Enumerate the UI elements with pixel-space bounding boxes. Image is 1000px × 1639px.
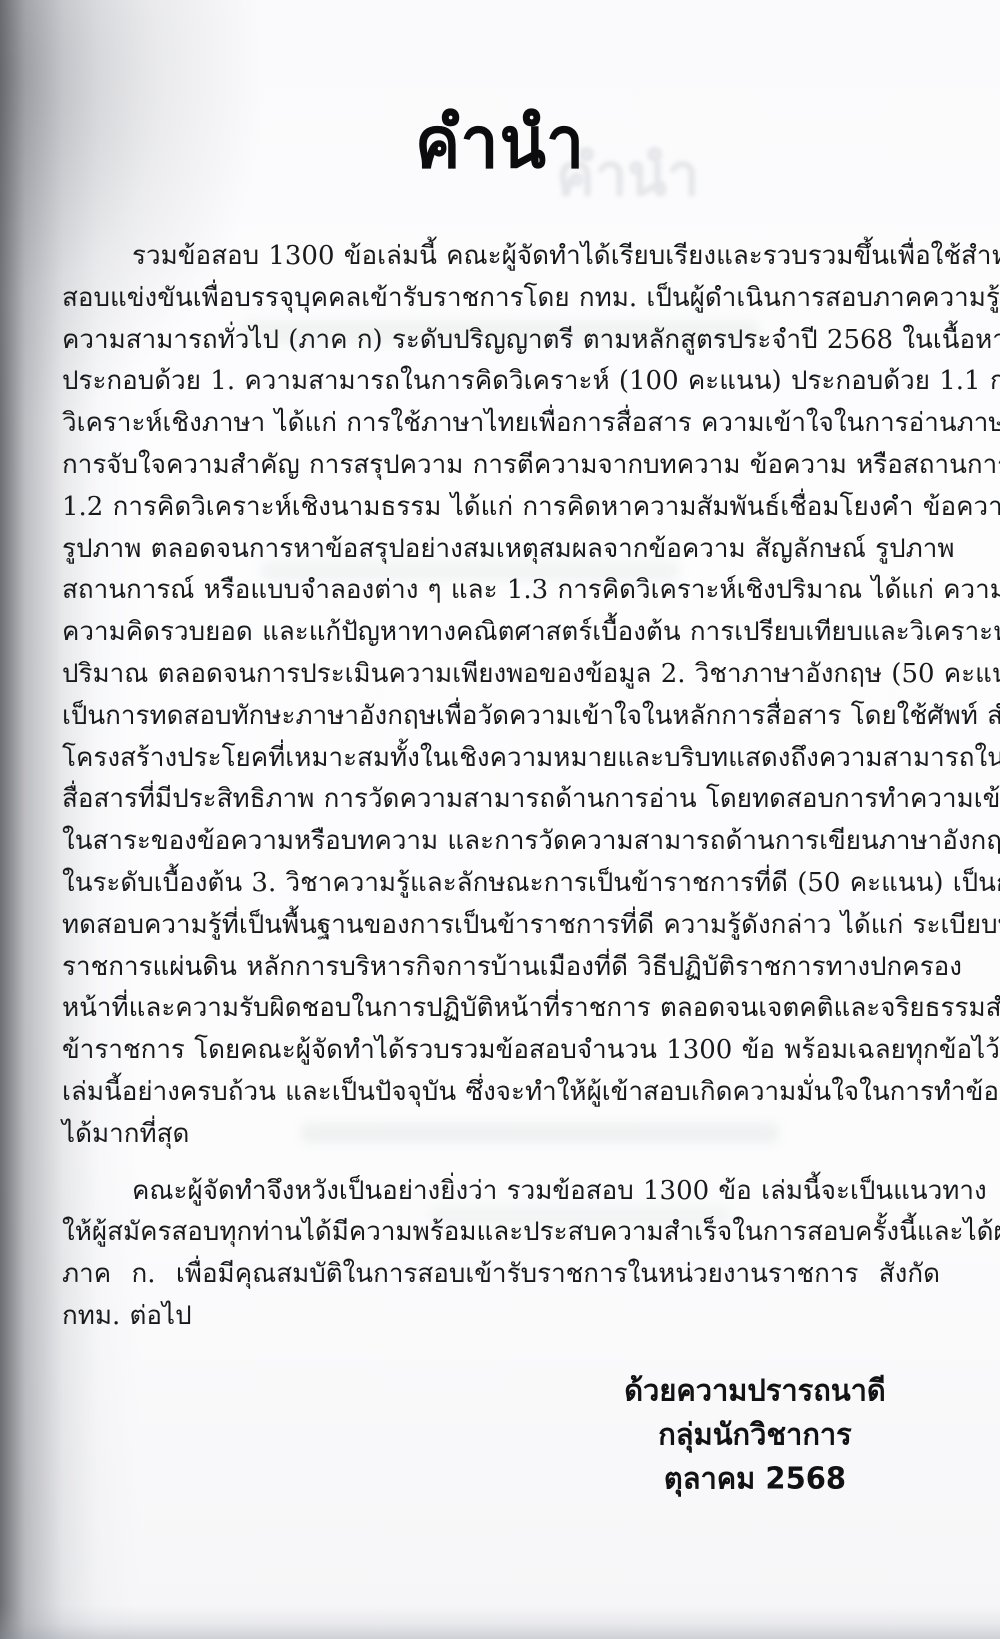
text-line: ราชการแผ่นดิน หลักการบริหารกิจการบ้านเมื… — [62, 947, 940, 989]
scanned-book-page: คำนำ คำนำ รวมข้อสอบ 1300 ข้อเล่มนี้ คณะผ… — [0, 0, 1000, 1639]
text-line: ความสามารถทั่วไป (ภาค ก) ระดับปริญญาตรี … — [62, 320, 940, 362]
paragraph-exam-description: รวมข้อสอบ 1300 ข้อเล่มนี้ คณะผู้จัดทำได้… — [62, 236, 940, 1156]
text-line: ปริมาณ ตลอดจนการประเมินความเพียงพอของข้อ… — [62, 654, 940, 696]
text-line: ให้ผู้สมัครสอบทุกท่านได้มีความพร้อมและปร… — [62, 1212, 940, 1254]
text-line: โครงสร้างประโยคที่เหมาะสมทั้งในเชิงความห… — [62, 738, 940, 780]
text-line: เล่มนี้อย่างครบถ้วน และเป็นปัจจุบัน ซึ่ง… — [62, 1072, 940, 1114]
text-line: ได้มากที่สุด — [62, 1114, 940, 1156]
text-line: ทดสอบความรู้ที่เป็นพื้นฐานของการเป็นข้าร… — [62, 905, 940, 947]
text-line: สื่อสารที่มีประสิทธิภาพ การวัดความสามารถ… — [62, 779, 940, 821]
signature-block: ด้วยความปรารถนาดี กลุ่มนักวิชาการ ตุลาคม… — [590, 1368, 920, 1500]
closing-salutation: ด้วยความปรารถนาดี — [590, 1367, 920, 1412]
text-line: ความคิดรวบยอด และแก้ปัญหาทางคณิตศาสตร์เบ… — [62, 612, 940, 654]
text-line: ภาค ก. เพื่อมีคุณสมบัติในการสอบเข้ารับรา… — [62, 1254, 940, 1296]
text-line: รวมข้อสอบ 1300 ข้อเล่มนี้ คณะผู้จัดทำได้… — [62, 236, 940, 278]
text-line: รูปภาพ ตลอดจนการหาข้อสรุปอย่างสมเหตุสมผล… — [62, 529, 940, 571]
text-line: สอบแข่งขันเพื่อบรรจุบุคคลเข้ารับราชการโด… — [62, 278, 940, 320]
closing-date: ตุลาคม 2568 — [590, 1455, 920, 1500]
preface-body: รวมข้อสอบ 1300 ข้อเล่มนี้ คณะผู้จัดทำได้… — [62, 236, 940, 1296]
text-line: ประกอบด้วย 1. ความสามารถในการคิดวิเคราะห… — [62, 361, 940, 403]
scan-bottom-shadow — [0, 1605, 1000, 1639]
text-line: วิเคราะห์เชิงภาษา ได้แก่ การใช้ภาษาไทยเพ… — [62, 403, 940, 445]
page-title: คำนำ — [0, 96, 1000, 192]
text-line: ข้าราชการ โดยคณะผู้จัดทำได้รวบรวมข้อสอบจ… — [62, 1030, 940, 1072]
text-line: เป็นการทดสอบทักษะภาษาอังกฤษเพื่อวัดความเ… — [62, 696, 940, 738]
text-line: หน้าที่และความรับผิดชอบในการปฏิบัติหน้าท… — [62, 988, 940, 1030]
text-line: ในสาระของข้อความหรือบทความ และการวัดความ… — [62, 821, 940, 863]
text-line: การจับใจความสำคัญ การสรุปความ การตีความจ… — [62, 445, 940, 487]
text-line: 1.2 การคิดวิเคราะห์เชิงนามธรรม ได้แก่ กา… — [62, 487, 940, 529]
paragraph-closing-wish: คณะผู้จัดทำจึงหวังเป็นอย่างยิ่งว่า รวมข้… — [62, 1171, 940, 1296]
text-line: ในระดับเบื้องต้น 3. วิชาความรู้และลักษณะ… — [62, 863, 940, 905]
text-line: คณะผู้จัดทำจึงหวังเป็นอย่างยิ่งว่า รวมข้… — [62, 1171, 940, 1213]
text-line: สถานการณ์ หรือแบบจำลองต่าง ๆ และ 1.3 การ… — [62, 570, 940, 612]
closing-author: กลุ่มนักวิชาการ — [590, 1411, 920, 1456]
